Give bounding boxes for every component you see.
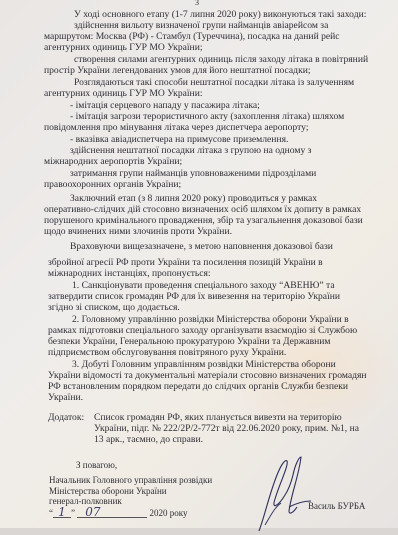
paragraph-line: міжнародних інстанціях, пропонується: [48,268,211,279]
paragraph-line: - імітація серцевого нападу у пасажира л… [70,100,260,111]
text: здійснення вильоту визначеної групи найм… [74,20,328,31]
attachment-line: 13 арк., таємно, до справи. [94,434,203,445]
date-month: 07 [77,507,147,519]
paragraph-line: збройної агресії РФ проти України та пос… [48,257,323,268]
page-number: 3 [195,0,199,7]
paragraph-line: здійснення нештатної посадки літака з гр… [70,145,311,156]
paragraph-line: простір України легендованих умов для йо… [44,65,311,76]
quote-close: ” [71,508,75,518]
paragraph-line: Враховуючи вищезазначене, з метою наповн… [70,241,333,252]
paragraph-line: маршрутом: Москва (РФ) - Стамбул (Туречч… [44,31,340,42]
paragraph-line: затвердити список громадян РФ для їх вив… [48,291,340,302]
paragraph-line: - вказівка авіадиспетчера на примусове п… [70,134,288,145]
paragraph-line: згідно зі списком, що додається. [48,302,180,313]
date-day: 1 [53,507,71,519]
paragraph-line: підприємством обслуговування повітряного… [48,347,286,358]
paragraph-line: РФ встановленим порядком передати до слі… [48,381,348,392]
date-line: “1” 07 2020 року [49,507,212,519]
paragraph-line: правоохоронних органів України; [44,179,181,190]
attachment-label: Додаток: [48,412,84,423]
document-page: 3 У ході основного етапу (1-7 липня 2020… [0,0,398,535]
paragraph-line: здійснення вильоту визначеної групи найм… [74,20,378,31]
signatory-title-line: Начальник Головного управління розвідки [49,475,212,486]
signatory-name: Василь БУРБА [308,501,365,511]
signatory-title-line: генерал-полковник [49,496,212,507]
paragraph-line: агентурних одиниць ГУР МО України; [44,42,203,53]
paragraph-line: України. [48,392,83,403]
signatory-title-line: Міністерства оборони України [49,486,212,497]
date-year: 2020 року [150,508,188,518]
paragraph-line: агентурних одиниць ГУР МО України: [44,88,203,99]
attachment-line: Список громадян РФ, яких планується виве… [94,412,342,423]
paragraph-line: У ході основного етапу (1-7 липня 2020 р… [74,9,366,20]
paragraph-line: безпеки України, Генеральною прокуратуро… [48,336,330,347]
paragraph-line: 2. Головному управлінню розвідки Міністе… [72,314,349,325]
paragraph-line: України відомості та документальні матер… [48,370,367,381]
paragraph-line: порушеного кримінального провадження, зб… [44,215,363,226]
signature-icon [255,455,315,533]
paragraph-line: Заключний етап (з 8 липня 2020 року) про… [70,193,317,204]
paragraph-line: щодо вчинених ними злочинів проти Україн… [44,226,232,237]
paragraph-line: оперативно-слідчих дій стосовно визначен… [44,204,361,215]
paragraph-line: міжнародних аеропортів України; [44,156,182,167]
paragraph-line: рамках підготовки спеціального заходу ор… [48,325,357,336]
attachment-line: України, підг. № 222/2Р/2-772т від 22.06… [94,423,359,434]
closing-salutation: З повагою, [76,460,117,471]
page-bottom-edge [0,528,398,535]
paragraph-line: 1. Санкціонувати проведення спеціального… [72,280,335,291]
paragraph-line: створення силами агентурних одиниць післ… [74,54,368,65]
paragraph-line: затримання групи найманців уповноваженим… [70,168,316,179]
paragraph-line: - імітація загрози терористичного акту (… [70,111,344,122]
paragraph-line: повідомлення про мінування літака через … [44,122,309,133]
paragraph-line: Розглядаються такі способи нештатної пос… [74,77,354,88]
justified-line: здійснення вильоту визначеної групи найм… [74,20,378,31]
paragraph-line: 3. Добуті Головним управлінням розвідки … [72,359,336,370]
signatory-title: Начальник Головного управління розвідки … [49,475,212,518]
